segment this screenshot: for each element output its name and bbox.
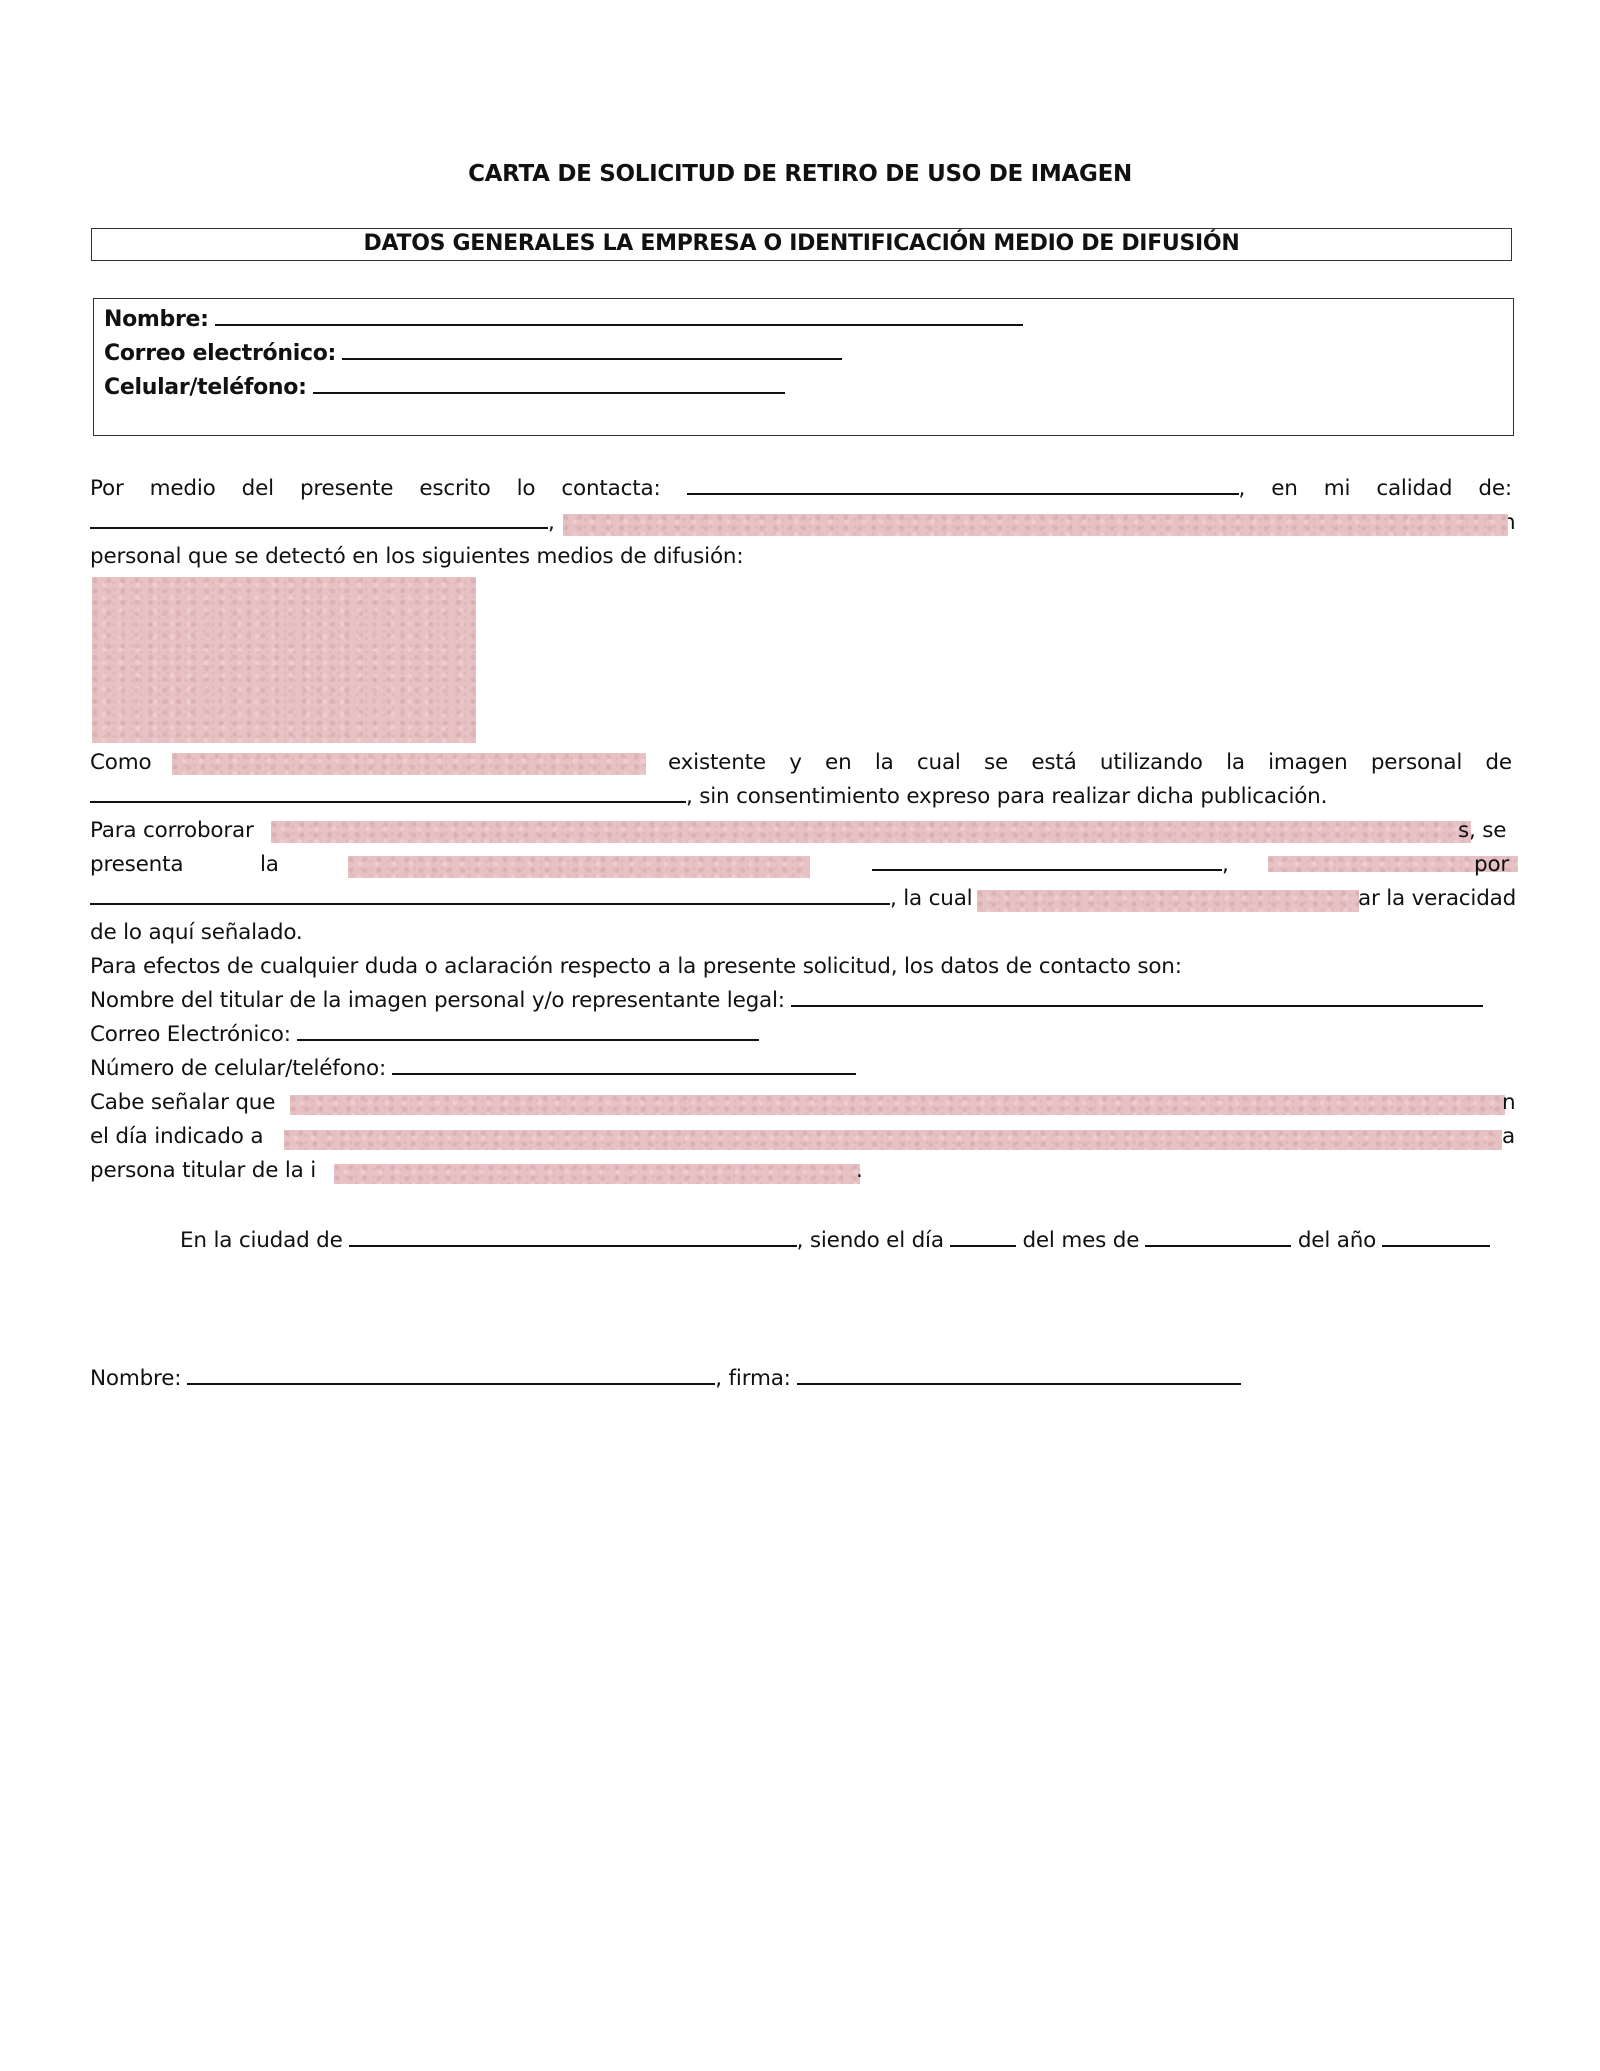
company-email-label: Correo electrónico: — [104, 337, 336, 371]
paragraph1-line1: Por medio del presente escrito lo contac… — [90, 472, 1512, 506]
signature-label: , firma: — [715, 1366, 790, 1391]
word: lo — [517, 472, 536, 506]
redaction-block — [271, 821, 1471, 843]
paragraph3-line1-end: s, se — [1458, 814, 1506, 848]
paragraph3-presenta: presenta — [90, 848, 183, 882]
paragraph3-la-cual: , la cual — [890, 886, 972, 911]
paragraph3-la: la — [260, 848, 279, 882]
paragraph3-por: por — [1474, 848, 1509, 882]
word: personal — [1371, 746, 1462, 780]
capacity-field[interactable] — [90, 526, 548, 529]
paragraph2-line2-text: , sin consentimiento expreso para realiz… — [686, 784, 1327, 809]
word: escrito — [419, 472, 490, 506]
comma: , — [1222, 852, 1229, 877]
company-email-field[interactable] — [342, 357, 842, 360]
redaction-block — [290, 1095, 1505, 1115]
month-label: del mes de — [1022, 1228, 1139, 1253]
company-phone-label: Celular/teléfono: — [104, 371, 307, 405]
company-info-box: Nombre: Correo electrónico: Celular/telé… — [93, 298, 1514, 436]
word: del — [242, 472, 274, 506]
redaction-block — [334, 1164, 860, 1184]
word: y — [789, 746, 802, 780]
company-phone-row: Celular/teléfono: — [104, 371, 1503, 405]
paragraph4-line3-start: persona titular de la i — [90, 1154, 316, 1188]
redaction-block — [977, 890, 1359, 912]
city-field[interactable] — [349, 1244, 797, 1247]
holder-name-field[interactable] — [791, 1004, 1483, 1007]
day-label: , siendo el día — [797, 1228, 944, 1253]
word: medio — [150, 472, 216, 506]
company-name-row: Nombre: — [104, 303, 1503, 337]
paragraph4-line2-end: a — [1502, 1120, 1515, 1154]
day-field[interactable] — [950, 1244, 1016, 1247]
phone-field[interactable] — [392, 1072, 856, 1075]
paragraph1-line2: , — [90, 506, 555, 540]
city-label: En la ciudad de — [180, 1228, 343, 1253]
issuer-field[interactable] — [90, 902, 890, 905]
email-label: Correo Electrónico: — [90, 1022, 291, 1047]
word: Por — [90, 472, 124, 506]
paragraph1-line3: personal que se detectó en los siguiente… — [90, 540, 743, 574]
paragraph3-line4: de lo aquí señalado. — [90, 916, 303, 950]
contact-intro: Para efectos de cualquier duda o aclarac… — [90, 950, 1182, 984]
contact-name-field[interactable] — [687, 492, 1239, 495]
paragraph3-line3-end: ar la veracidad — [1358, 882, 1516, 916]
image-holder-field[interactable] — [90, 800, 686, 803]
word: mi — [1324, 472, 1351, 506]
closing-row: En la ciudad de, siendo el día del mes d… — [180, 1224, 1490, 1258]
company-email-row: Correo electrónico: — [104, 337, 1503, 371]
document-number-field[interactable] — [872, 868, 1222, 871]
word: cual — [917, 746, 961, 780]
document-title: CARTA DE SOLICITUD DE RETIRO DE USO DE I… — [0, 161, 1600, 187]
word: contacta: — [561, 472, 660, 506]
word: la — [875, 746, 894, 780]
word: de — [1485, 746, 1511, 780]
redaction-block — [284, 1130, 1502, 1150]
contact-name-blank-wrap: , — [687, 472, 1246, 506]
signature-field[interactable] — [797, 1382, 1241, 1385]
word: existente — [668, 746, 766, 780]
phone-label: Número de celular/teléfono: — [90, 1056, 386, 1081]
word: presente — [300, 472, 393, 506]
word: calidad — [1376, 472, 1452, 506]
redaction-media-list — [92, 577, 476, 743]
phone-row: Número de celular/teléfono: — [90, 1052, 856, 1086]
paragraph4-line1-end: n — [1502, 1086, 1515, 1120]
company-name-label: Nombre: — [104, 303, 209, 337]
year-field[interactable] — [1382, 1244, 1490, 1247]
company-name-field[interactable] — [215, 323, 1023, 326]
company-phone-field[interactable] — [313, 391, 785, 394]
holder-row: Nombre del titular de la imagen personal… — [90, 984, 1483, 1018]
comma: , — [548, 510, 555, 535]
paragraph2-line2: , sin consentimiento expreso para realiz… — [90, 780, 1327, 814]
paragraph3-start: Para corroborar — [90, 814, 254, 848]
email-row: Correo Electrónico: — [90, 1018, 759, 1052]
year-label: del año — [1298, 1228, 1376, 1253]
word: imagen — [1268, 746, 1347, 780]
paragraph2-start: Como — [90, 746, 151, 780]
word: está — [1031, 746, 1076, 780]
word: de: — [1478, 472, 1512, 506]
holder-label: Nombre del titular de la imagen personal… — [90, 988, 785, 1013]
section-header: DATOS GENERALES LA EMPRESA O IDENTIFICAC… — [92, 229, 1511, 259]
word: utilizando — [1100, 746, 1203, 780]
email-field[interactable] — [297, 1038, 759, 1041]
word: la — [1226, 746, 1245, 780]
month-field[interactable] — [1145, 1244, 1291, 1247]
paragraph4-line2-start: el día indicado a — [90, 1120, 263, 1154]
word: se — [984, 746, 1008, 780]
redaction-block — [348, 856, 810, 878]
paragraph4-start: Cabe señalar que — [90, 1086, 275, 1120]
paragraph2-line1: existente y en la cual se está utilizand… — [668, 746, 1512, 780]
section-header-box: DATOS GENERALES LA EMPRESA O IDENTIFICAC… — [91, 228, 1512, 261]
word: en — [825, 746, 851, 780]
word: en — [1271, 472, 1297, 506]
signature-name-label: Nombre: — [90, 1366, 181, 1391]
paragraph4-line3-end: . — [856, 1154, 863, 1188]
signature-row: Nombre:, firma: — [90, 1362, 1241, 1396]
comma: , — [1239, 476, 1246, 501]
paragraph3-line3: , la cual — [90, 882, 972, 916]
signature-name-field[interactable] — [187, 1382, 715, 1385]
paragraph3-line2-blank: , — [872, 848, 1229, 882]
redaction-block — [563, 514, 1508, 536]
redaction-block — [172, 753, 646, 775]
